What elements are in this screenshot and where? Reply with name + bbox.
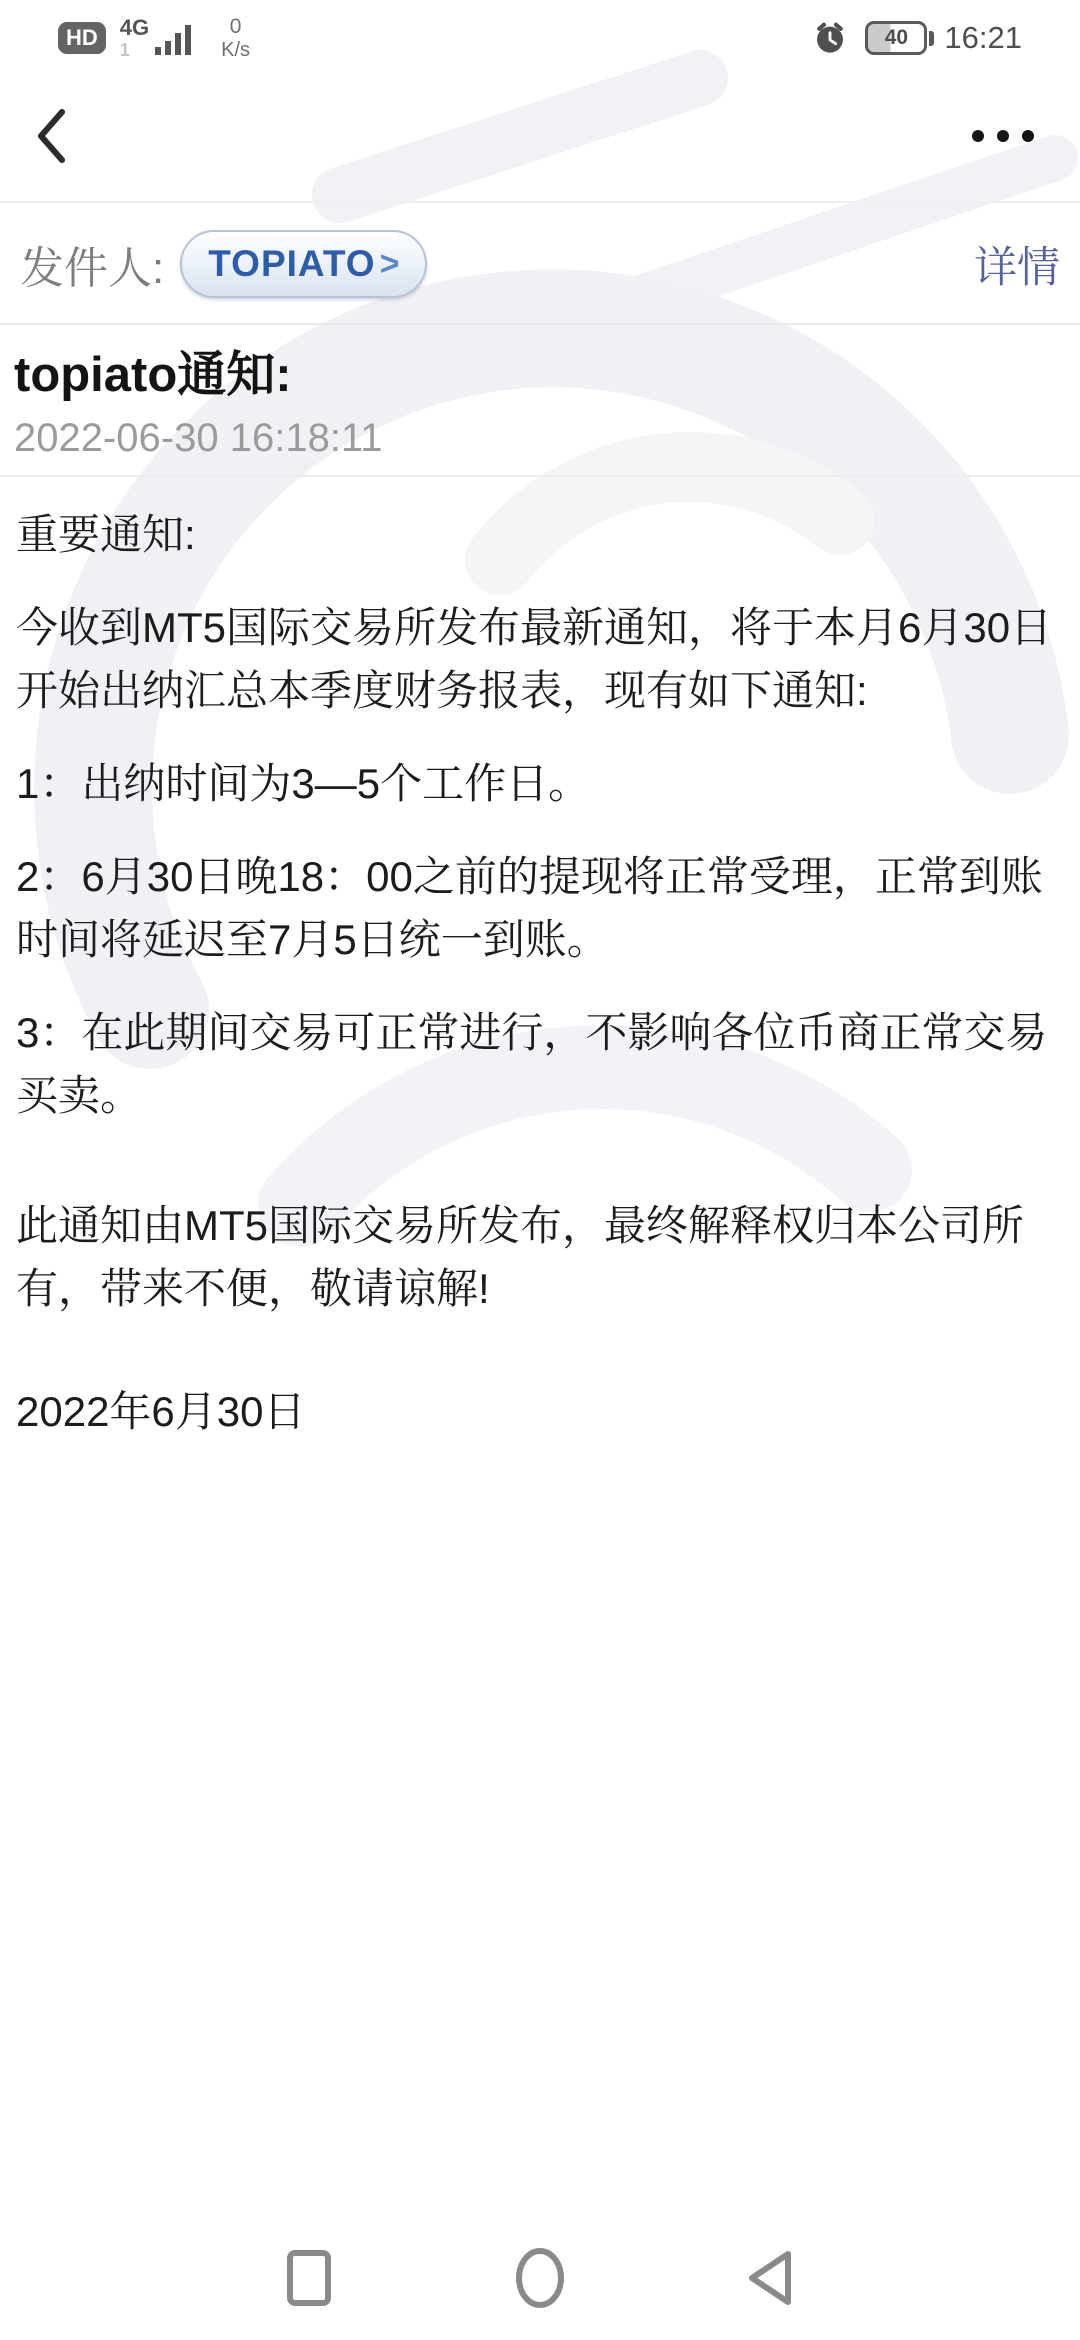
battery-nub bbox=[929, 31, 934, 46]
status-bar: HD 4G 1 0 K/s bbox=[0, 0, 1080, 70]
message-title: topiato通知: bbox=[14, 347, 1062, 403]
speed-unit: K/s bbox=[221, 40, 250, 60]
message-timestamp: 2022-06-30 16:18:11 bbox=[14, 415, 1062, 461]
hd-volte-icon: HD bbox=[58, 22, 106, 54]
battery-percent: 40 bbox=[885, 26, 908, 50]
body-paragraph: 1：出纳时间为3—5个工作日。 bbox=[16, 752, 1064, 815]
recents-button[interactable] bbox=[286, 2249, 332, 2307]
body-paragraph: 2：6月30日晚18：00之前的提现将正常受理，正常到账时间将延迟至7月5日统一… bbox=[16, 845, 1064, 971]
sender-row: 发件人: TOPIATO > 详情 bbox=[0, 205, 1080, 325]
body-paragraph: 3：在此期间交易可正常进行，不影响各位币商正常交易买卖。 bbox=[16, 1001, 1064, 1127]
body-paragraph: 今收到MT5国际交易所发布最新通知，将于本月6月30日开始出纳汇总本季度财务报表… bbox=[16, 596, 1064, 722]
ellipsis-icon bbox=[972, 130, 984, 142]
home-button[interactable] bbox=[515, 2247, 565, 2309]
cellular-signal-icon: 4G 1 bbox=[120, 17, 199, 59]
triangle-left-icon bbox=[744, 2248, 796, 2308]
battery-icon: 40 bbox=[865, 21, 927, 55]
body-paragraph: 此通知由MT5国际交易所发布，最终解释权归本公司所有，带来不便，敬请谅解! bbox=[16, 1194, 1064, 1320]
sender-chip-topiato[interactable]: TOPIATO > bbox=[180, 230, 427, 298]
network-type-label: 4G bbox=[120, 17, 149, 39]
chevron-left-icon bbox=[34, 107, 68, 165]
square-icon bbox=[286, 2249, 332, 2307]
alarm-clock-icon bbox=[811, 19, 849, 57]
details-link[interactable]: 详情 bbox=[974, 234, 1060, 295]
system-nav-bar bbox=[0, 2216, 1080, 2340]
system-back-button[interactable] bbox=[744, 2248, 796, 2308]
app-nav-bar bbox=[0, 70, 1080, 203]
message-header: topiato通知: 2022-06-30 16:18:11 bbox=[0, 327, 1080, 477]
circle-icon bbox=[515, 2247, 565, 2309]
body-paragraph: 重要通知: bbox=[16, 503, 1064, 566]
sign-date: 2022年6月30日 bbox=[16, 1380, 1064, 1443]
back-button[interactable] bbox=[34, 107, 68, 165]
sender-label: 发件人: bbox=[20, 232, 164, 296]
more-menu-button[interactable] bbox=[959, 130, 1034, 142]
sender-name: TOPIATO bbox=[208, 243, 375, 285]
message-body: 重要通知: 今收到MT5国际交易所发布最新通知，将于本月6月30日开始出纳汇总本… bbox=[0, 477, 1080, 1443]
signal-bars-icon bbox=[153, 17, 199, 57]
network-speed: 0 K/s bbox=[221, 16, 250, 60]
speed-value: 0 bbox=[230, 16, 242, 37]
chevron-right-icon: > bbox=[380, 245, 400, 284]
sim2-indicator: 1 bbox=[120, 41, 130, 59]
status-time: 16:21 bbox=[944, 20, 1022, 56]
